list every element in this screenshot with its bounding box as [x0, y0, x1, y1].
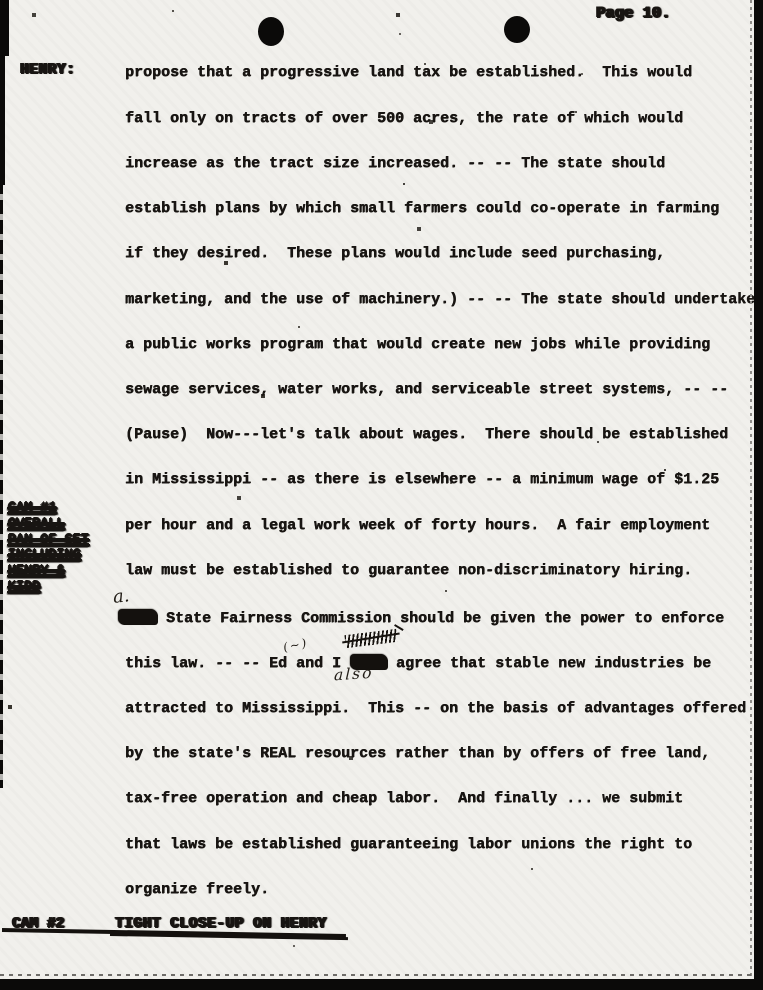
handwritten-also: also	[334, 664, 374, 685]
margin-note-line: OVERALL	[8, 517, 89, 533]
handwritten-insertion-a: a.	[112, 585, 131, 608]
dialogue-line: propose that a progressive land tax be e…	[125, 64, 692, 81]
dialogue-line-redacted: this law. -- -- Ed and I agree that stab…	[125, 652, 711, 672]
dialogue-line: by the state's REAL resources rather tha…	[125, 745, 710, 762]
dialogue-line: if they desired. These plans would inclu…	[125, 245, 665, 262]
margin-note-line: KIDD	[8, 580, 89, 596]
dialogue-line: fall only on tracts of over 500 acres, t…	[125, 110, 683, 127]
page-number: Page 10.	[596, 4, 670, 22]
dialogue-line: law must be established to guarantee non…	[125, 562, 692, 579]
dialogue-line: attracted to Mississippi. This -- on the…	[125, 700, 746, 717]
right-edge-shadow	[754, 0, 763, 990]
hole-punch-right	[504, 16, 530, 43]
dialogue-line: in Mississippi -- as there is elsewhere …	[125, 471, 719, 488]
dialogue-text: agree that stable new industries be	[387, 655, 711, 672]
bottom-edge-shadow	[0, 979, 763, 990]
dialogue-line-redacted: State Fairness Commission should be give…	[118, 607, 724, 627]
dialogue-line: sewage services, water works, and servic…	[125, 381, 728, 398]
dialogue-line: a public works program that would create…	[125, 336, 710, 353]
margin-note-line: CAM #1	[8, 501, 89, 517]
dialogue-line: (Pause) Now---let's talk about wages. Th…	[125, 426, 728, 443]
bottom-perforation-line	[0, 974, 754, 976]
dialogue-line: marketing, and the use of machinery.) --…	[125, 291, 755, 308]
left-edge-shadow	[0, 0, 5, 185]
dialogue-text: this law. -- -- Ed and I	[125, 655, 350, 672]
hole-punch-left	[258, 17, 284, 46]
dialogue-line: establish plans by which small farmers c…	[125, 200, 719, 217]
margin-note-line: HENRY &	[8, 564, 89, 580]
dialogue-line: tax-free operation and cheap labor. And …	[125, 790, 683, 807]
dialogue-line: organize freely.	[125, 881, 269, 898]
dialogue-line: increase as the tract size increased. --…	[125, 155, 665, 172]
speaker-label: HENRY:	[20, 62, 75, 78]
dialogue-line: that laws be established guaranteeing la…	[125, 836, 692, 853]
dialogue-text: State Fairness Commission should be give…	[157, 610, 724, 627]
right-perforation-line	[750, 0, 752, 976]
dialogue-line: per hour and a legal work week of forty …	[125, 517, 710, 534]
margin-note-line: INCLUDING	[8, 548, 89, 564]
margin-note-cam1: CAM #1 OVERALL PAN OF SET INCLUDING HENR…	[8, 501, 89, 596]
handwritten-scribble	[344, 629, 397, 648]
redacted-word	[118, 609, 157, 624]
script-page: Page 10. HENRY: propose that a progressi…	[0, 0, 763, 990]
margin-note-line: PAN OF SET	[8, 533, 89, 549]
